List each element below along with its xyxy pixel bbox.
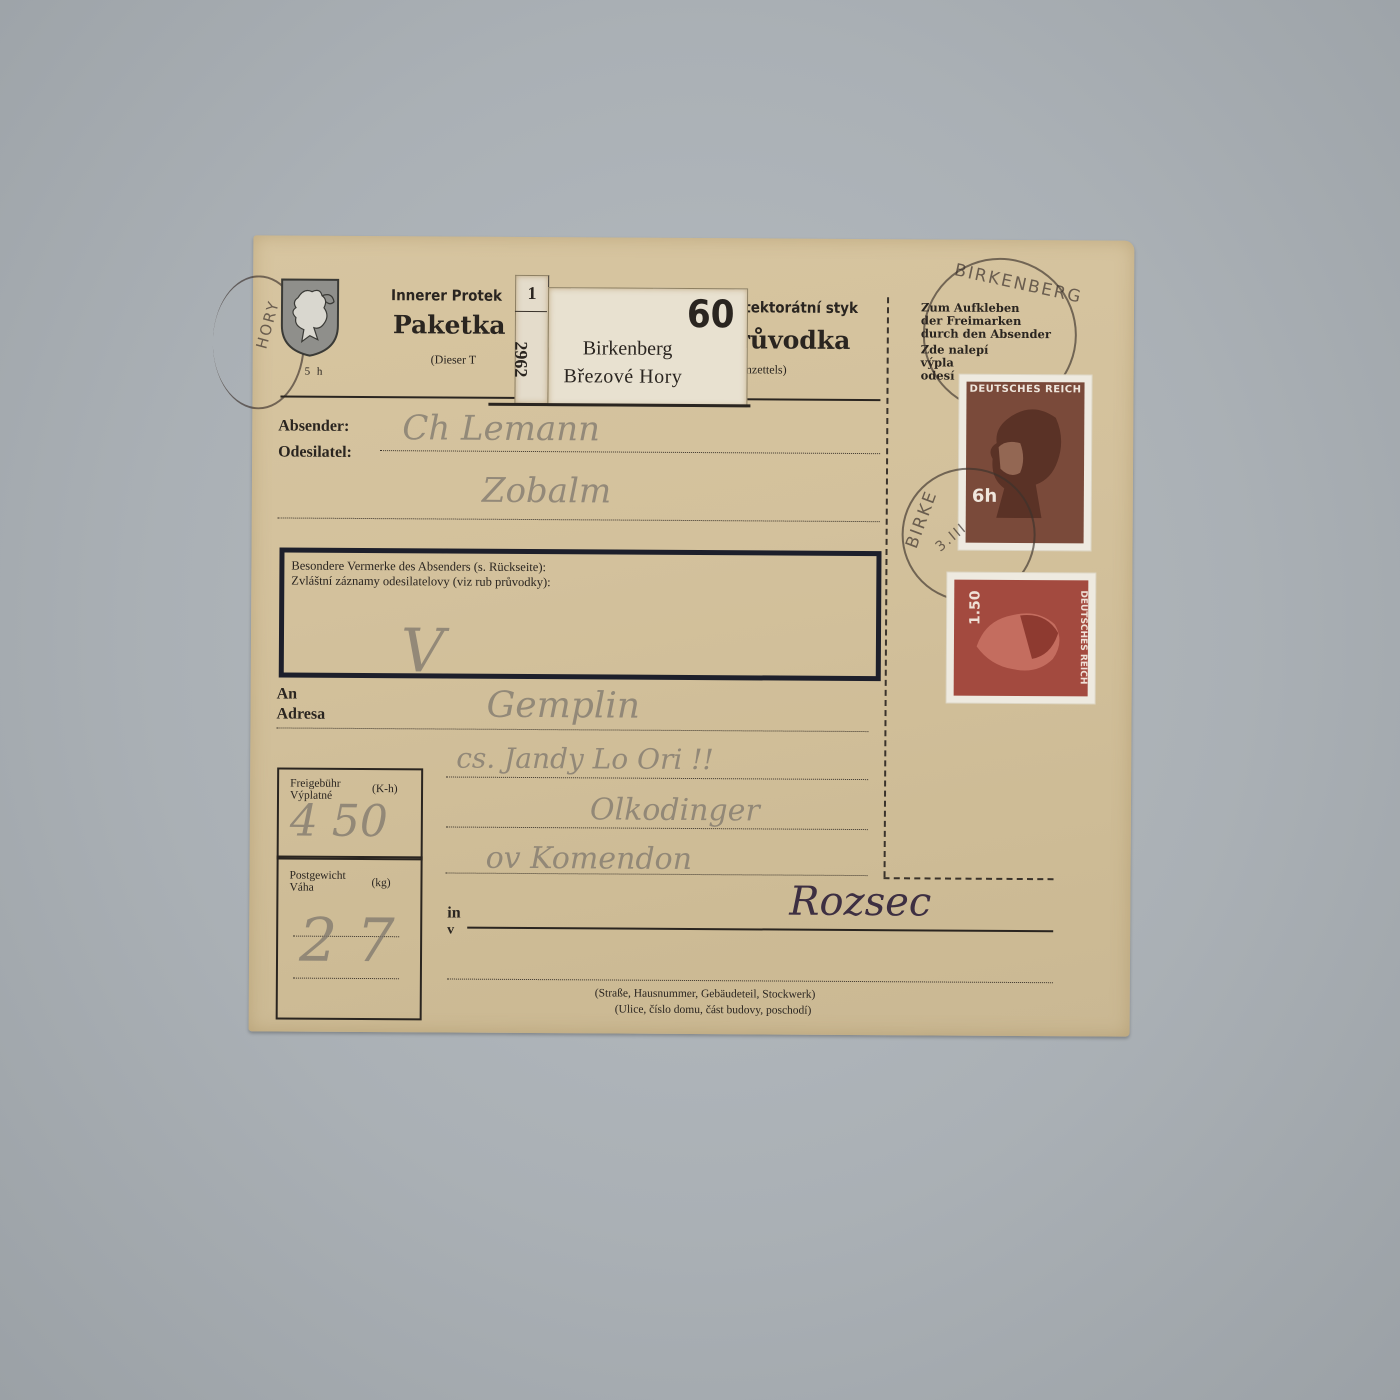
address-handwriting-2: cs. Jandy Lo Ori !! [456, 742, 714, 777]
header-left-line1: Innerer Protek [391, 286, 502, 305]
fee-label-de: Freigebühr [290, 778, 341, 790]
street-hint-cz: (Ulice, číslo domu, část budovy, poschod… [615, 1004, 812, 1017]
address-handwriting-1: Gemplin [486, 685, 640, 727]
notes-label: Besondere Vermerke des Absenders (s. Rüc… [291, 559, 550, 591]
weight-label-de: Postgewicht [289, 870, 345, 882]
in-label-de: in [447, 905, 460, 923]
parcel-place-cz: Březové Hory [564, 365, 683, 389]
weight-unit: (kg) [371, 877, 390, 889]
parcel-code: 60 [687, 292, 735, 336]
destination-rule [467, 927, 1053, 933]
crest-value: 5 h [305, 366, 325, 378]
header-right-title: růvodka [737, 325, 851, 355]
notes-label-de: Besondere Vermerke des Absenders (s. Rüc… [291, 559, 550, 576]
notes-label-cz: Zvláštní záznamy odesilatelovy (viz rub … [291, 574, 550, 591]
sender-line-1 [380, 450, 880, 454]
weight-handwriting: 2 7 [299, 906, 395, 977]
parcel-office-no: 1 [519, 283, 545, 304]
street-line [447, 979, 1053, 984]
sender-label-de: Absender: [278, 417, 349, 435]
parcel-serial-text: 2962 [510, 341, 531, 377]
street-hint-de: (Straße, Hausnummer, Gebäudeteil, Stockw… [595, 987, 816, 1000]
sender-handwriting-1: Ch Lemann [402, 408, 600, 449]
stamp-150-value: 1.50 [967, 590, 983, 625]
stamp-area-border [884, 297, 890, 877]
header-right-line1: otektorátní styk [735, 298, 858, 317]
fee-unit: (K-h) [372, 783, 398, 795]
stamp-150: DEUTSCHES REICH 1.50 [947, 573, 1096, 704]
address-handwriting-3: Olkodinger [590, 792, 760, 828]
parcel-serial: 2962 [518, 321, 544, 401]
weight-label-cz: Váha [289, 882, 313, 894]
label-bottom-rule [488, 403, 750, 408]
stub-divider [515, 311, 547, 312]
parcel-place-de: Birkenberg [583, 337, 673, 361]
stamp-6h-country: DEUTSCHES REICH [966, 384, 1084, 396]
address-label-cz: Adresa [276, 705, 325, 723]
address-handwriting-0: V [401, 616, 445, 686]
address-label-de: An [277, 685, 298, 703]
address-line-2 [446, 777, 868, 781]
sender-line-2 [278, 517, 880, 522]
sender-handwriting-2: Zobalm [482, 471, 611, 512]
address-handwriting-4: ov Komendon [486, 841, 693, 877]
coat-of-arms-icon [280, 277, 340, 357]
sender-label-cz: Odesilatel: [278, 443, 352, 461]
header-left-title: Paketka [393, 310, 506, 340]
parcel-card: HORY 5 h Innerer Protek Paketka (Dieser … [249, 235, 1135, 1036]
fee-handwriting: 4 50 [290, 796, 388, 848]
in-label-cz: v [447, 923, 454, 939]
destination-handwriting: Rozsec [789, 879, 931, 926]
address-line-1 [276, 727, 868, 732]
stamp-150-country: DEUTSCHES REICH [1078, 590, 1089, 684]
header-left-note: (Dieser T [431, 352, 477, 367]
